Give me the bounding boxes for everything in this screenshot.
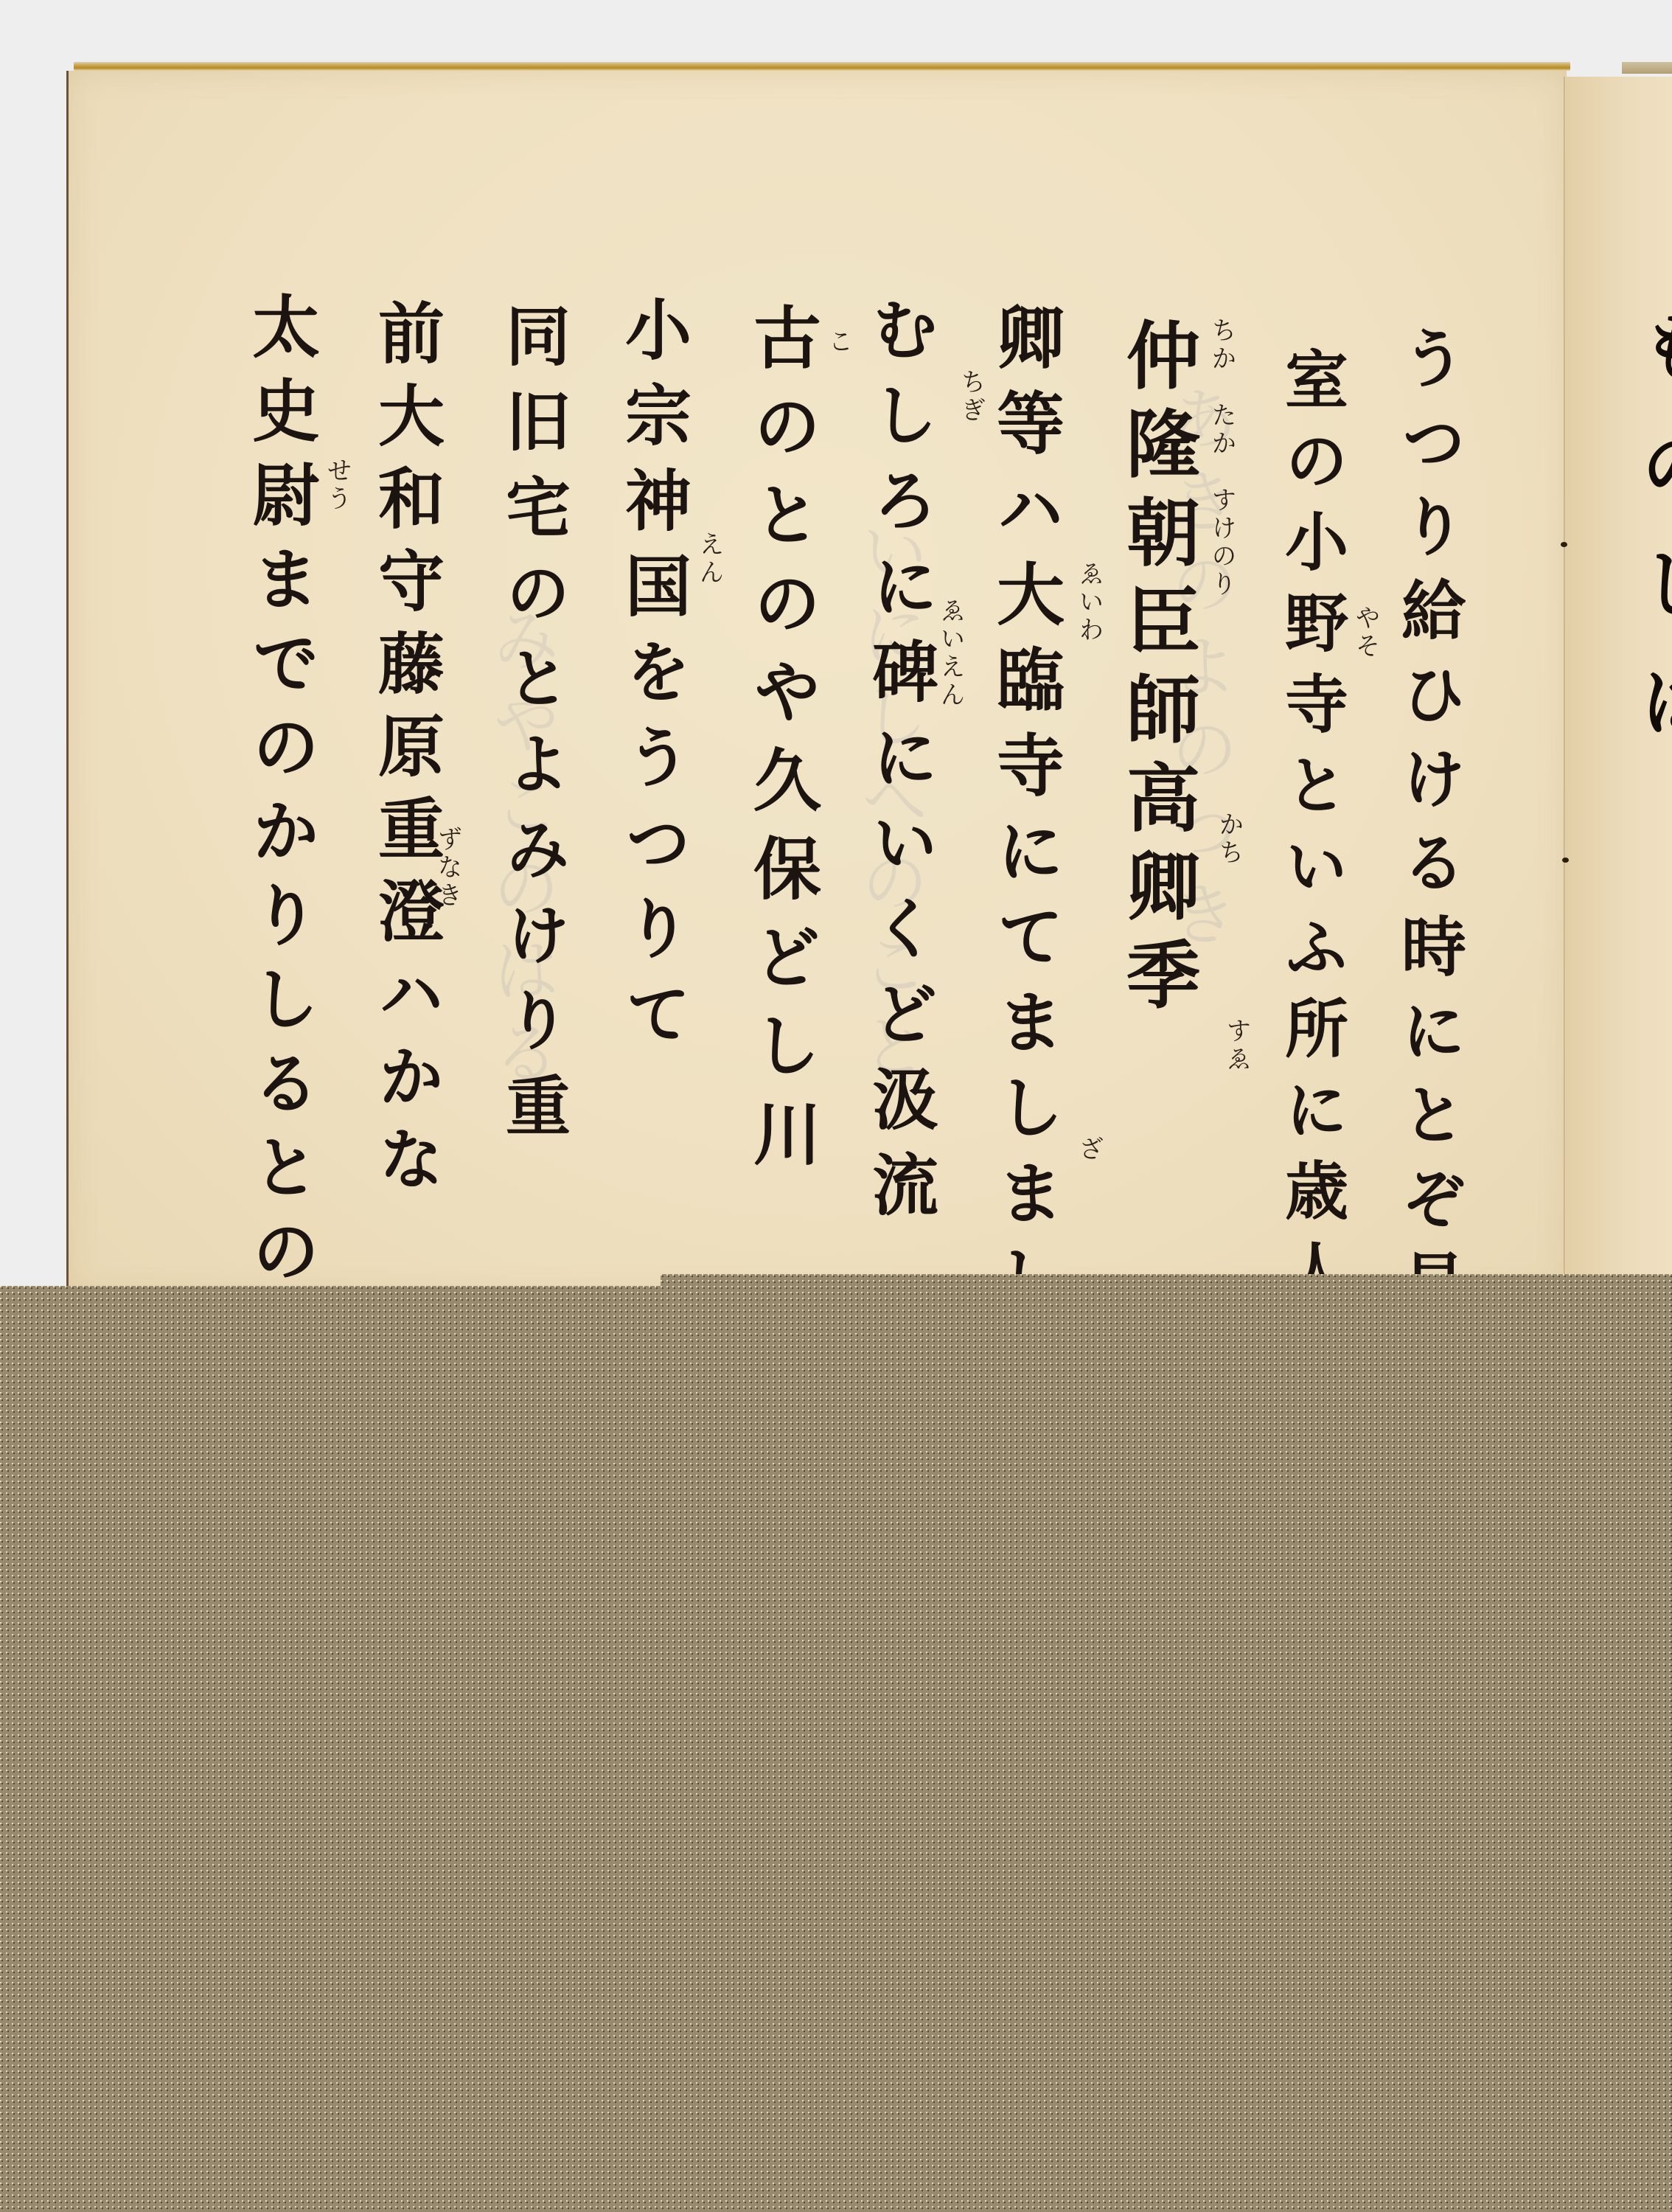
facing-page-column: ものしは	[1619, 310, 1672, 782]
text-column-7: 小宗神国をうつりて	[619, 295, 686, 1065]
gilt-top-edge	[74, 62, 1570, 71]
mask-block-left	[0, 1286, 1672, 2212]
ruby-annotation: せう	[324, 457, 349, 513]
text-column-4: 卿等ハ大臨寺にてましまし	[992, 302, 1059, 1329]
ruby-annotation: ゑいわ	[1076, 560, 1101, 644]
text-column-10: 太史尉までのかりしるとのや	[247, 291, 315, 1384]
ruby-annotation: ゑいえん	[938, 597, 963, 709]
manuscript-photo: あきのよのつき いにしへのこと みやこのはる ものしは うつり給ひける時にとぞ見…	[0, 0, 1672, 2212]
binding-hole-upper	[1561, 542, 1567, 547]
ruby-annotation: かち	[1216, 811, 1241, 867]
text-column-5: むしろに碑にいくど汲流	[866, 295, 933, 1236]
ruby-annotation: すけのり	[1209, 487, 1234, 599]
facing-page-top-edge	[1622, 62, 1672, 74]
ruby-annotation: えん	[697, 531, 722, 587]
gutter-fold	[1564, 77, 1566, 1293]
mask-block-right-step	[661, 1274, 1672, 1289]
ruby-annotation: すゑ	[1224, 1018, 1249, 1074]
ruby-annotation: ざ	[1076, 1135, 1101, 1164]
text-column-3: 仲隆朝臣師高卿季	[1121, 317, 1194, 1025]
ruby-annotation: ちぎ	[958, 369, 983, 425]
text-column-9: 前大和守藤原重澄ハかな	[372, 299, 439, 1207]
binding-hole-lower	[1562, 858, 1569, 863]
text-column-6: 古のとのや久保どし川	[748, 302, 816, 1187]
text-column-8: 同旧宅のとよみけり重	[501, 302, 566, 1158]
ruby-annotation: やそ	[1353, 605, 1378, 661]
ruby-annotation: ちか	[1209, 317, 1234, 373]
ruby-annotation: こ	[826, 328, 851, 356]
ruby-annotation: たか	[1209, 402, 1234, 458]
